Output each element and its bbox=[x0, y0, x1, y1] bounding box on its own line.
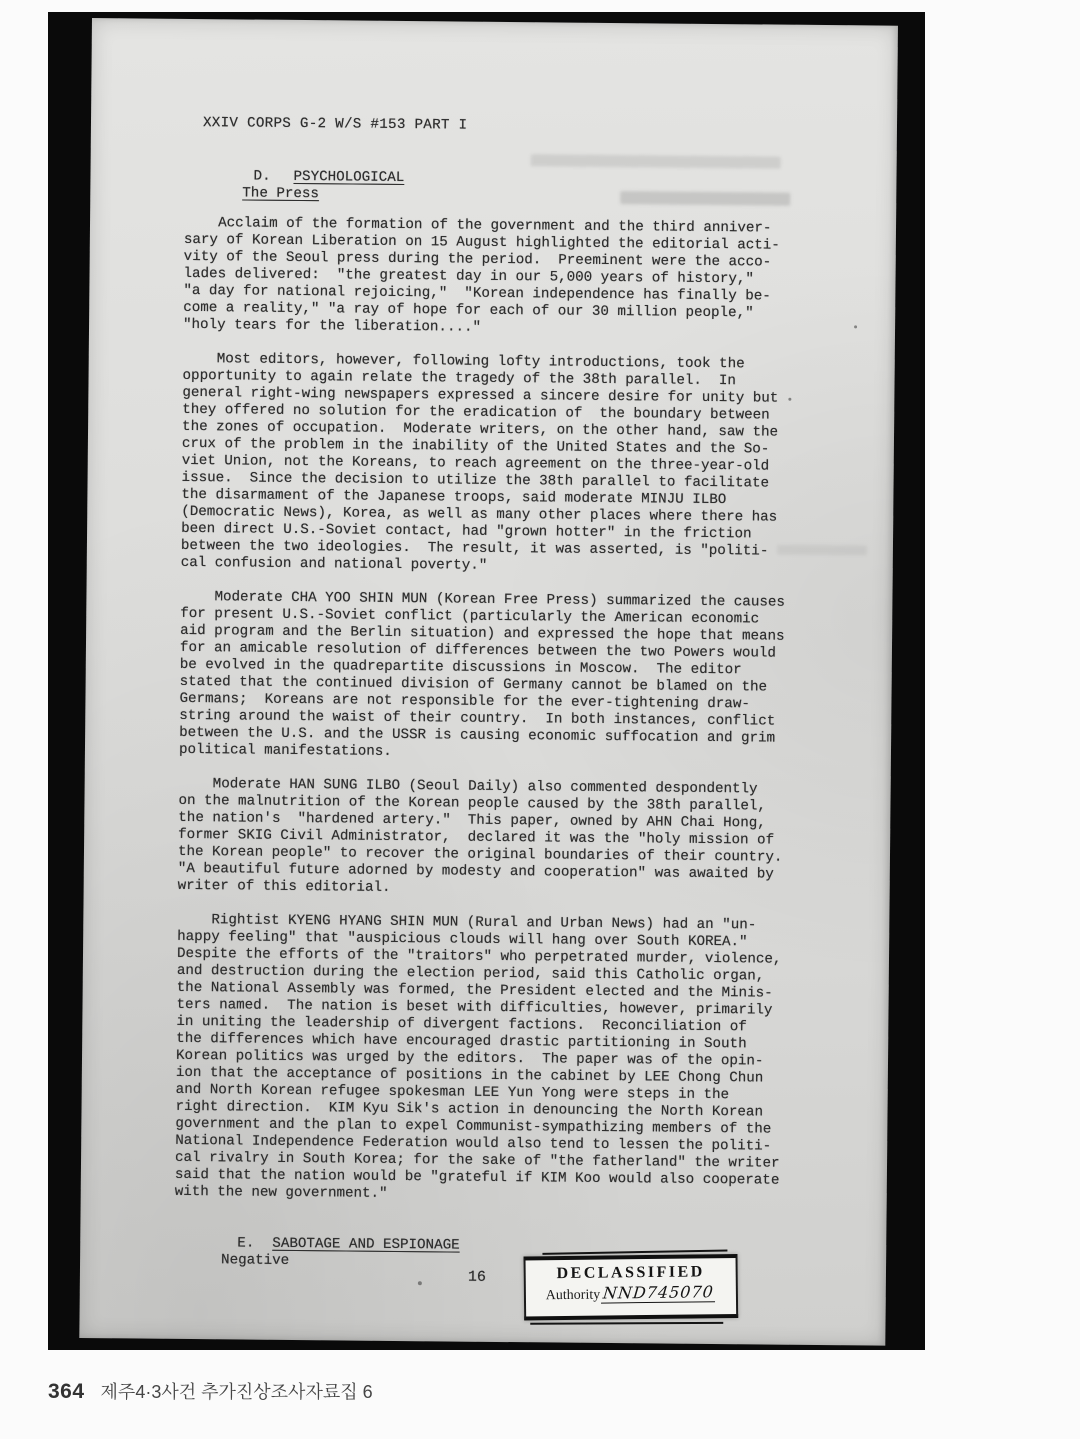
book-page-number: 364 bbox=[48, 1380, 85, 1404]
paragraph-acclaim: Acclaim of the formation of the governme… bbox=[183, 215, 844, 340]
stamp-authority-number: NND745070 bbox=[601, 1282, 717, 1303]
declassified-stamp: DECLASSIFIED AuthorityNND745070 bbox=[523, 1254, 738, 1320]
scan-black-mat: XXIV CORPS G-2 W/S #153 PART I D.PSYCHOL… bbox=[48, 12, 925, 1350]
paragraph-cha-yoo-shin-mun: Moderate CHA YOO SHIN MUN (Korean Free P… bbox=[179, 589, 841, 765]
section-e-title: SABOTAGE AND ESPIONAGE bbox=[272, 1236, 459, 1254]
paragraph-han-sung-ilbo: Moderate HAN SUNG ILBO (Seoul Daily) als… bbox=[178, 776, 839, 901]
stamp-authority-label: Authority bbox=[546, 1288, 601, 1304]
paper-speck bbox=[418, 1281, 422, 1285]
scanned-document-paper: XXIV CORPS G-2 W/S #153 PART I D.PSYCHOL… bbox=[79, 18, 898, 1346]
stamp-authority-line: AuthorityNND745070 bbox=[526, 1282, 736, 1304]
section-d-title: PSYCHOLOGICAL bbox=[294, 169, 405, 186]
paragraph-kyeng-hyang-shin-mun: Rightist KYENG HYANG SHIN MUN (Rural and… bbox=[175, 912, 838, 1207]
document-header: XXIV CORPS G-2 W/S #153 PART I bbox=[203, 115, 468, 134]
section-e-label: E. bbox=[237, 1235, 272, 1251]
stamp-declassified-text: DECLASSIFIED bbox=[526, 1263, 736, 1283]
book-footer: 364 제주4·3사건 추가진상조사자료집 6 bbox=[48, 1378, 373, 1404]
subsection-title: The Press bbox=[242, 185, 319, 202]
paper-smudge bbox=[531, 154, 781, 168]
paper-smudge bbox=[620, 191, 790, 206]
section-d-label: D. bbox=[254, 169, 294, 185]
paragraph-most-editors: Most editors, however, following lofty i… bbox=[181, 351, 843, 578]
negative-text: Negative bbox=[221, 1252, 289, 1269]
book-title: 제주4·3사건 추가진상조사자료집 6 bbox=[101, 1378, 373, 1404]
document-body: Acclaim of the formation of the governme… bbox=[174, 215, 844, 1224]
paper-speck bbox=[854, 325, 857, 328]
document-page-number: 16 bbox=[468, 1269, 486, 1286]
